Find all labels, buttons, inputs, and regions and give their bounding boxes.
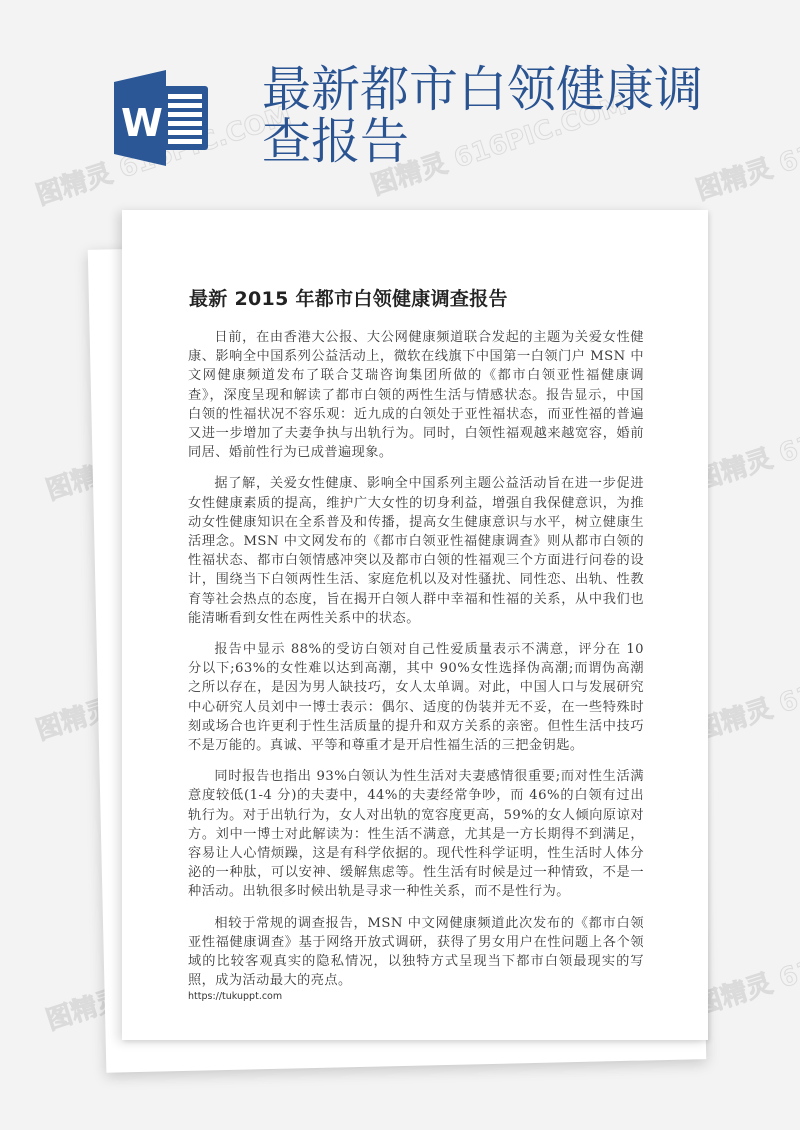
paragraph: 日前，在由香港大公报、大公网健康频道联合发起的主题为关爱女性健康、影响全中国系列… bbox=[188, 328, 644, 462]
document-body: 日前，在由香港大公报、大公网健康频道联合发起的主题为关爱女性健康、影响全中国系列… bbox=[188, 328, 644, 1003]
header-title: 最新都市白领健康调查报告 bbox=[262, 64, 722, 168]
paragraph: 相较于常规的调查报告，MSN 中文网健康频道此次发布的《都市白领亚性福健康调查》… bbox=[188, 914, 644, 991]
word-document-icon: W bbox=[108, 68, 212, 168]
document-title: 最新 2015 年都市白领健康调查报告 bbox=[189, 284, 508, 311]
svg-text:W: W bbox=[121, 101, 163, 145]
paragraph: 同时报告也指出 93%白领认为性生活对夫妻感情很重要;而对性生活满意度较低(1-… bbox=[188, 767, 644, 901]
paragraph: 据了解，关爱女性健康、影响全中国系列主题公益活动旨在进一步促进女性健康素质的提高… bbox=[188, 474, 644, 628]
document-page: 最新 2015 年都市白领健康调查报告 日前，在由香港大公报、大公网健康频道联合… bbox=[122, 210, 708, 1040]
paragraph: 报告中显示 88%的受访白领对自己性爱质量表示不满意，评分在 10 分以下;63… bbox=[188, 640, 644, 755]
footer-url[interactable]: https://tukuppt.com bbox=[188, 991, 282, 1002]
